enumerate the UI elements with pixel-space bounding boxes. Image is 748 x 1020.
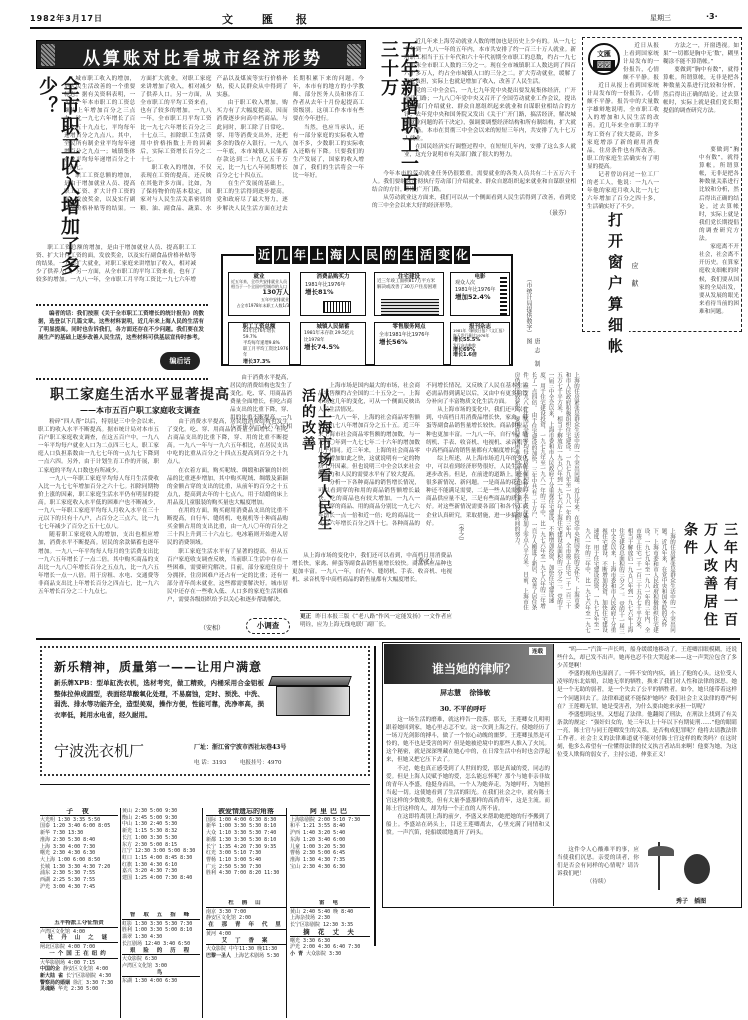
showtime-row: 曹杨 2:30 5:00 6:45 [290, 850, 370, 857]
title-char: 生 [400, 246, 416, 264]
title-char: 的 [382, 246, 398, 264]
editor-note-rule-bottom [36, 378, 208, 380]
showtime-row: 曹杨 1:10 3:00 5:40 [206, 857, 286, 864]
title-char: 化 [454, 246, 470, 264]
film-title: 巴黎一圣人 [206, 953, 231, 959]
listing-divider [286, 808, 287, 1018]
section-rule [36, 638, 740, 640]
panel-publications: 报刊杂志 1981年《解放日报》《文汇报》 每天发行量比1976年 增长55.5… [450, 322, 510, 366]
showtime-row: 东湖 1:30 4:00 6:30 [122, 978, 200, 985]
title-char: 活 [418, 246, 434, 264]
showtime-row: 大众 1:10 3:30 5:30 7:40 [206, 830, 286, 837]
serial-tag: 连载 [529, 647, 546, 655]
title-char: 年 [292, 246, 308, 264]
banner: 从算账对比看城市经济形势 [36, 40, 366, 69]
listing-col-3: 被爱情遗忘的角落 国际 1:00 4:00 6:30 8:30 新华 1:00 … [206, 808, 286, 900]
title-char: 几 [274, 246, 290, 264]
showtime-row: 黄河 4:00 [206, 931, 286, 938]
column-headline-display: 打开窗户算细帐 [602, 210, 629, 361]
page-right-border [374, 646, 376, 946]
serial-byline: （待续） [557, 878, 639, 886]
serial-body-end: 这件令人心酸难平的事，应当使我们沉思。亲爱的读者，你们是否会有同样的心情呢？请告… [557, 846, 639, 902]
infographic: 近 几 年 上 海 人 民 的 生 活 变 化 .ig-t{display:in… [218, 246, 518, 368]
showtime-row: 大众影院 中午11:30 晚11:30 [206, 946, 286, 953]
listing-lower-col-4: 雷 电 黄山 2:40 5:40 晚 8:40 上海杂技场 2:30 长宁区影剧… [290, 900, 370, 1018]
serial-header: 连载 谁当她的律师？ [384, 644, 554, 684]
film-title: 小 青 [290, 951, 303, 957]
title-char: 海 [328, 246, 344, 264]
column-author: 应 献 [630, 262, 640, 290]
showtime-row: 虹口 1:15 4:00 8:45 8:30 [122, 855, 200, 862]
showtime-row: 江宁 12:30 3:00 5:00 8:30 [122, 848, 200, 855]
panel-employment: 就业 近五年来，全市共安排就业人员相当于一个全国中型城市的人口 130万人 五年… [228, 272, 290, 316]
film-title: 子 夜 [40, 808, 118, 816]
page-number: ·3· [706, 12, 718, 21]
column-body-left: 近日从报上看到国家统计局发布的一份报告，心情颇不平静。报告中的大量数字雄辩地说明… [623, 42, 659, 82]
film-title: 阿里巴巴 [290, 808, 370, 816]
film-title: 摘 花 丈 夫 [290, 929, 370, 937]
showtime-row: 长江 1:00 3:30 5:30 [122, 835, 200, 842]
serial-authors: 屏志慧 徐锋敏 [440, 688, 490, 698]
ad-headline: 新乐精神，质量第一——让用户满意 [54, 658, 262, 675]
washing-machine-illustration [270, 670, 358, 716]
film-title: 牡 丹 山 之 谜 [40, 935, 118, 943]
serial-body-left: 这一场生活的磨难，就这样告一段落。那天，王莲卿女儿明明跟着她回到家，她心里忐忑不… [386, 716, 550, 906]
title-char: 变 [436, 246, 452, 264]
showtime-row: 宝山 2:30 4:30 6:30 [290, 864, 370, 871]
film-title: 一个国王在纽约 [40, 951, 118, 959]
listing-divider [120, 808, 121, 1018]
film-title: 被爱情遗忘的角落 [206, 808, 286, 816]
title-char: 人 [346, 246, 362, 264]
listing-col-2: 黄山 2:30 5:00 9:30 衡山 2:45 5:00 9:30 中山 1… [122, 808, 200, 912]
infographic-title: 近 几 年 上 海 人 民 的 生 活 变 化 [254, 246, 472, 266]
panel-film: 电影 观众人次 1981年比1976年 增加52.4% [450, 272, 510, 316]
listing-col-4: 阿里巴巴 上海影剧院 2:00 5:10 7:30 和平 1:21 3:55 8… [290, 808, 370, 894]
panel-purchasing-power: 消费品购买力 1981年比1976年 增长81% [300, 272, 366, 316]
serial-chapter: 30. 不平的呼吁 [440, 704, 486, 713]
showtime-row: 长江剧场 12:40 3:40 6:50 [122, 941, 200, 948]
family-body-right: 由于消费水平提高，居民的消费结构也发生了变化。吃、穿、用商品消费量全面增长，但吃… [230, 374, 292, 430]
panel-retail-outlets: 零售服务网点 全市1981年比1976年 增长56% [374, 322, 444, 366]
paper-name-char-1: 文 [222, 11, 233, 27]
showtime-row: 曙光 2:30 4:30 6:30 [40, 850, 118, 857]
infographic-credit: 唐志 制图 [524, 338, 540, 374]
correction: 更正昨日本报三版《“老八路”作风一定能发扬》一文作者应明铨，应为上海无线电联厂副… [300, 613, 452, 639]
film-title: 雷 电 [290, 900, 370, 908]
employment-body: 近几年来上海劳动就业人数的增加也是历史上少有的。从一九七七年到一九八一年的五年内… [404, 38, 576, 166]
showtime-row: 新光 1:15 5:30 8:32 [122, 828, 200, 835]
radio-drawing [323, 301, 351, 313]
showtime-row: 淮海 1:30 4:30 7:35 [290, 857, 370, 864]
showtime-row: 淮海 2:30 5:30 8:40 [40, 837, 118, 844]
showtime-row: 黄山 2:30 5:00 9:30 [122, 808, 200, 815]
title-char: 近 [256, 246, 272, 264]
housing-byline: （李之） [456, 520, 464, 544]
listing-lower-col-1: 五平特派工夺征悟责 卢湾区文化馆 4:00 牡 丹 山 之 谜 闸北区影院 4:… [40, 920, 118, 1018]
buildings-drawing [381, 299, 439, 315]
banner-title: 从算账对比看城市经济形势 [63, 44, 343, 69]
housing-headline: 三年内有一百万人改善居住条件 [680, 522, 740, 646]
listing-lower-col-2: 智 取 五 指 峰 虹影 1:30 3:30 5:30 7:30 胜利 1:00… [122, 912, 200, 1018]
film-title: 中国的企 [40, 966, 60, 972]
film-title: 五平特派工夺征悟责 [40, 920, 118, 928]
ad-cable: 电报挂号：4970 [240, 758, 282, 766]
ad-phone: 电 话：3193 [194, 758, 226, 766]
weekday: 星期三 [650, 13, 671, 23]
panel-housing: 住宅建设 近三年竣工面积817万平方米 解决或改善了30万户住房困难 [374, 272, 444, 316]
family-body: 粉碎“四人帮”以后，特别是三中全会以来，职工的收入水平不断提高。据市统计局对本市… [38, 418, 288, 630]
film-title: 艾 丁 香 案 [206, 938, 286, 946]
listing-divider [202, 808, 203, 1018]
listing-lower-col-3: 杜 鹃 山 南京 3:30 7:00 静安区文化馆 2:00 在 那 青 年 代… [206, 900, 286, 1018]
family-subhead: ——本市五百户职工家庭收支调查 [80, 405, 200, 416]
masthead-rule [30, 27, 742, 29]
showtime-row: 大上海 1:00 6:00 8:50 [40, 857, 118, 864]
showtime-row: 大众影院 6:30 [122, 956, 200, 963]
family-stamp: 小调查 [246, 618, 290, 634]
column-logo-text-top: 文匯 [590, 49, 618, 60]
editor-note-rule-top [36, 304, 208, 306]
showtime-row: 闸北区影院 4:00 7:00 [40, 944, 118, 951]
ad-address: 厂址：浙江省宁波市西社坛巷43号 [194, 742, 286, 751]
housing-body: 上海的住房紧张是群众生活中的一个突出问题。近几年来，在党中央和国务院的关怀下，上… [456, 372, 580, 612]
listings-rule [40, 784, 370, 785]
film-strip-drawing [500, 275, 507, 315]
ad-body: 新乐牌XPB：型单缸洗衣机，选材考究，做工精致，内桶采用合金铝板整体拉伸成圆型，… [54, 678, 264, 720]
issue-date: 1982年3月17日 [30, 13, 103, 24]
showtime-row: 沪光 2:00 4:30 6:40 7:30 [290, 944, 370, 951]
column-body-right-lower: 要做到“胸中有数”，就得算帐。所谓算帐，无非是把各种数量关系进行比较和分析，然后… [699, 146, 739, 328]
column-logo: 文匯 园园 [588, 43, 620, 75]
showtime-row: 建国 1:25 4:00 7:30 8:40 [122, 875, 200, 882]
showtime-row: 胜利 4:30 7:00 8:20 11:30 [206, 870, 286, 877]
film-title: 艰 险 的 历 程 [122, 948, 200, 956]
film-title: 新大陆 雀 [40, 973, 63, 979]
showtime-row: 西湖 2:25 5:30 7:55 [40, 877, 118, 884]
paper-name-char-2: 匯 [262, 11, 273, 27]
showtime-row: 新都 1:30 3:30 5:30 8:10 [206, 837, 286, 844]
employment-byline: （景芬） [546, 208, 570, 217]
washing-machine-ad: 新乐精神，质量第一——让用户满意 新乐牌XPB：型单缸洗衣机，选材考究，做工精致… [40, 646, 370, 776]
title-char: 民 [364, 246, 380, 264]
serial-body-right: “呜——”汽笛一声长鸣，船身缓缓地移动了。王莲卿泪眼模糊，还说些什么，却已发不出… [557, 646, 737, 842]
serial-illustration [644, 842, 734, 892]
film-title: 鸟 [122, 970, 200, 978]
column-logo-text-bottom: 园园 [593, 60, 615, 71]
correction-rule [300, 610, 450, 611]
serial-column-divider [553, 644, 554, 906]
showtime-row: 卢湾区文化馆 3:00 [122, 963, 200, 970]
listing-col-1: 子 夜 大光明 1:30 3:35 5:50 国泰 1:20 3:40 6:00… [40, 808, 118, 920]
showtime-row: 东海 1:20 3:40 6:00 [290, 837, 370, 844]
infographic-source: （市统计局提供数字） [524, 276, 532, 336]
banner-ornament-right [347, 44, 361, 66]
showtime-row: 沪西 1:40 3:20 5:40 [290, 830, 370, 837]
panel-wages: 职工工资总额 81年比76年增长59.7% 平均每年递增9.8% 职工月平均工资… [228, 322, 290, 366]
film-title: 智 取 五 指 峰 [122, 912, 200, 920]
film-title: 杜 鹃 山 [206, 900, 286, 908]
serial-headline: 谁当她的律师？ [432, 660, 516, 677]
income-body-continued: 职工工资总额的增加，是由于增加就业人员、提高职工工资、扩大计件工资的面，发放奖金… [36, 244, 196, 284]
showtime-row: 翡翠 1:30 4:30 [122, 934, 200, 941]
film-title: 在 那 青 年 代 里 [206, 922, 286, 930]
panel-savings: 城镇人民储蓄 1981年末存款 29.5亿元 比1978年 增长74.5% [300, 322, 366, 366]
ad-company: 宁波洗衣机厂 [54, 740, 144, 761]
paper-name-char-3: 报 [296, 11, 307, 27]
banner-ornament-left [41, 44, 55, 66]
editor-note-stamp: 编后话 [160, 352, 200, 370]
showtime-row: 新华 7:30 13:30 [40, 830, 118, 837]
serial-illustrator: 秀子 插图 [676, 896, 706, 905]
family-byline: （安相） [200, 623, 224, 632]
film-title: 灵魂路 [40, 986, 55, 992]
showtime-row: 红光 3:00 5:10 7:30 [206, 850, 286, 857]
housing-body-right: 上海的住房紧张是群众生活中的一个突出问题。近几年来，在党中央和国务院的关怀下，上… [584, 528, 676, 636]
showtime-row: 沪光 3:00 4:30 7:45 [40, 884, 118, 891]
film-title: 警察局的婚姻 [40, 980, 70, 986]
column-body-right: 方法之一，开窗透视。如果“一切都是胸中无‘数’，糊里糊涂不能不算错帐。” 要做到… [663, 42, 739, 142]
market-body-continued: 从上海市场的变化中，我们还可以看到，中高档日用消费品增长快，家禽、鲜蛋等副食品销… [292, 552, 452, 608]
title-char: 上 [310, 246, 326, 264]
